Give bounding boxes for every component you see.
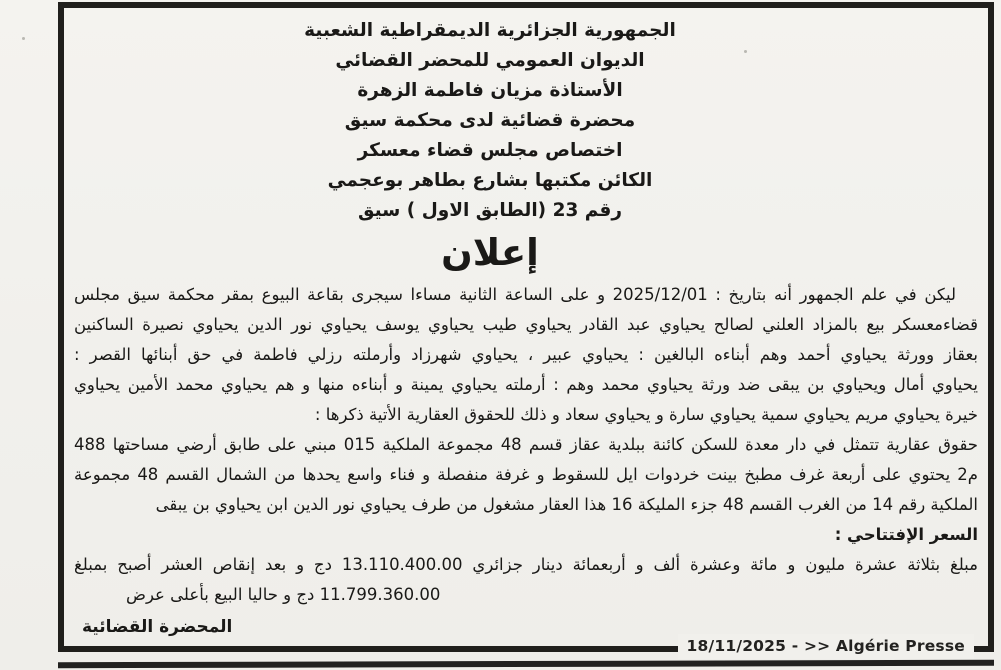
body-line: م2 يحتوي على أربعة غرف مطبخ بينت خردوات …: [74, 460, 978, 490]
scan-speck: [22, 37, 25, 40]
body-line: خيرة يحياوي مريم يحياوي سمية يحياوي سارة…: [74, 400, 978, 430]
body-line: الملكية رقم 14 من الغرب القسم 48 جزء الم…: [74, 490, 978, 520]
header-line-office: الديوان العمومي للمحضر القضائي: [38, 46, 942, 76]
press-date-banner: 18/11/2025 - >> Algérie Presse: [678, 634, 974, 659]
reduced-price-line: 11.799.360.00 دج و حاليا البيع بأعلى عرض: [74, 580, 978, 610]
body-line: ليكن في علم الجمهور أنه بتاريخ : 2025/12…: [74, 280, 978, 310]
header-line-address: الكائن مكتبها بشارع بطاهر بوعجمي: [38, 166, 942, 196]
header-line-republic: الجمهورية الجزائرية الديمقراطية الشعبية: [38, 16, 942, 46]
announcement-body: ليكن في علم الجمهور أنه بتاريخ : 2025/12…: [74, 280, 978, 610]
body-line: حقوق عقارية تتمثل في دار معدة للسكن كائن…: [74, 430, 978, 460]
header-line-number: رقم 23 (الطابق الاول ) سيق: [38, 196, 942, 226]
body-line: يحياوي أمال ويحياوي بن يبقى ضد ورثة يحيا…: [74, 370, 978, 400]
header-line-bailiff: الأستاذة مزيان فاطمة الزهرة: [38, 76, 942, 106]
announcement-header: الجمهورية الجزائرية الديمقراطية الشعبية …: [38, 16, 942, 226]
announcement-title: إعلان: [38, 228, 942, 278]
header-line-court: محضرة قضائية لدى محكمة سيق: [38, 106, 942, 136]
header-line-council: اختصاص مجلس قضاء معسكر: [38, 136, 942, 166]
body-line: مبلغ بثلاثة عشرة مليون و مائة وعشرة ألف …: [74, 550, 978, 580]
opening-price-heading: السعر الإفتتاحي :: [74, 520, 978, 550]
announcement-frame: الجمهورية الجزائرية الديمقراطية الشعبية …: [58, 2, 994, 652]
body-line: قضاءمعسكر بيع بالمزاد العلني لصالح يحياو…: [74, 310, 978, 340]
next-article-border: [58, 660, 994, 668]
body-line: بعقاز وورثة يحياوي أحمد وهم أبناءه البال…: [74, 340, 978, 370]
scanned-page-background: الجمهورية الجزائرية الديمقراطية الشعبية …: [0, 0, 1001, 670]
